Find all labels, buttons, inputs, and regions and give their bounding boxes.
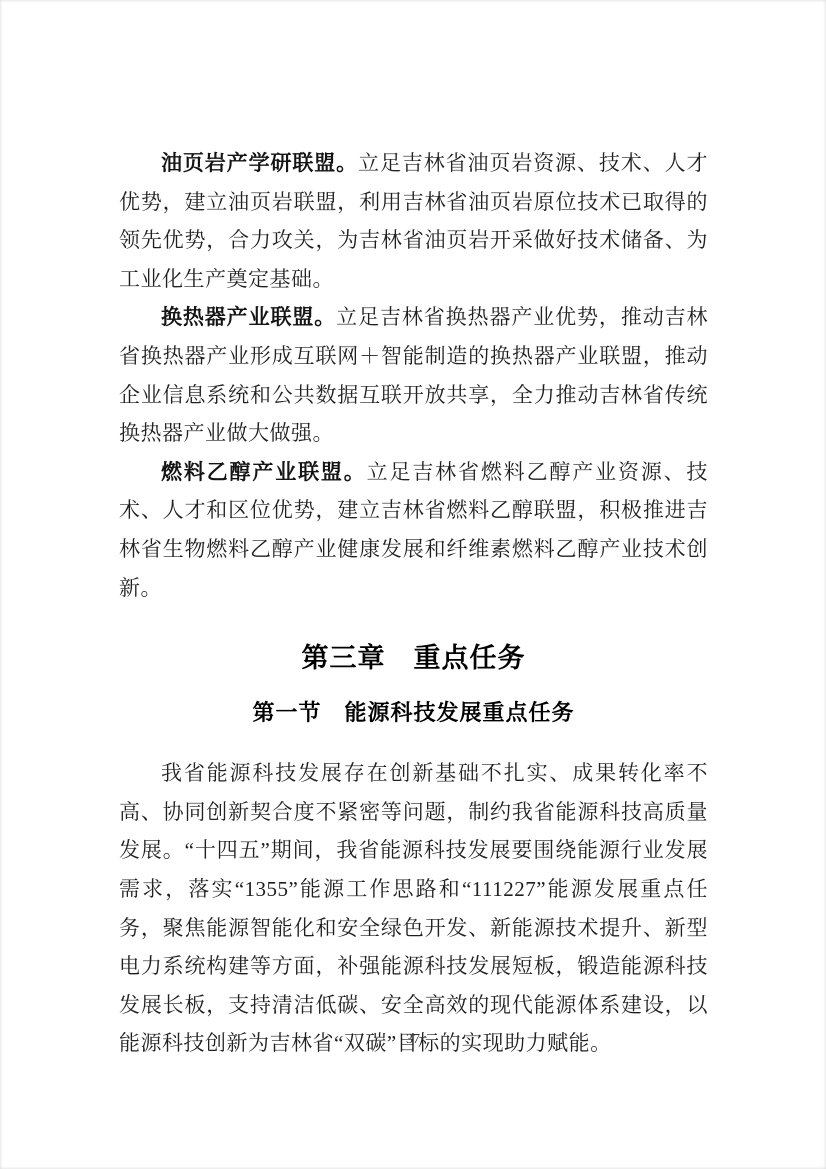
paragraph-lead-oil-shale: 油页岩产学研联盟。 bbox=[161, 151, 358, 175]
paragraph-lead-fuel-ethanol: 燃料乙醇产业联盟。 bbox=[161, 460, 367, 484]
document-page: 油页岩产学研联盟。立足吉林省油页岩资源、技术、人才优势，建立油页岩联盟，利用吉林… bbox=[0, 0, 826, 1169]
section-heading: 第一节 能源科技发展重点任务 bbox=[119, 694, 708, 732]
paragraph-lead-heat-exchanger: 换热器产业联盟。 bbox=[161, 305, 336, 329]
paragraph-oil-shale-alliance: 油页岩产学研联盟。立足吉林省油页岩资源、技术、人才优势，建立油页岩联盟，利用吉林… bbox=[119, 144, 708, 298]
paragraph-heat-exchanger-alliance: 换热器产业联盟。立足吉林省换热器产业优势，推动吉林省换热器产业形成互联网＋智能制… bbox=[119, 298, 708, 452]
paragraph-energy-tech-overview: 我省能源科技发展存在创新基础不扎实、成果转化率不高、协同创新契合度不紧密等问题，… bbox=[119, 754, 708, 1063]
chapter-heading: 第三章 重点任务 bbox=[119, 637, 708, 679]
document-content: 油页岩产学研联盟。立足吉林省油页岩资源、技术、人才优势，建立油页岩联盟，利用吉林… bbox=[119, 144, 708, 1063]
page-number: 37 bbox=[0, 1030, 826, 1050]
paragraph-fuel-ethanol-alliance: 燃料乙醇产业联盟。立足吉林省燃料乙醇产业资源、技术、人才和区位优势，建立吉林省燃… bbox=[119, 453, 708, 607]
